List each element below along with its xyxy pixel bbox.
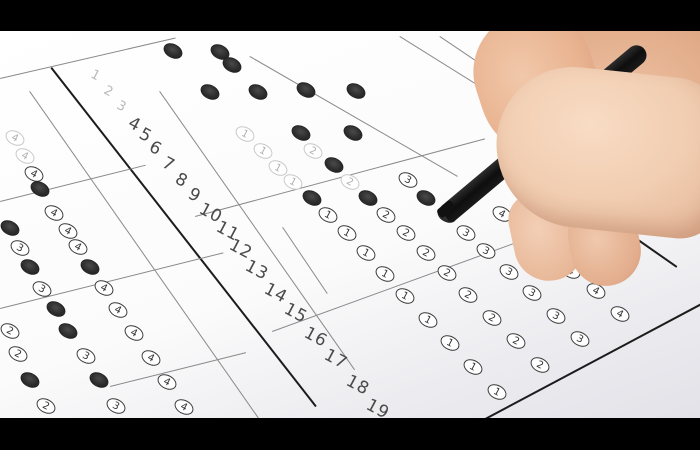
question-number: 16 [301,323,331,352]
answer-sheet: 1234567891011121314151617181911211231241… [0,31,700,418]
question-number: 7 [159,153,179,176]
answer-bubble: 3 [568,328,592,350]
answer-bubble: 3 [544,305,568,327]
filled-answer-bubble [56,320,80,342]
answer-bubble: 1 [373,263,397,285]
answer-bubble: 2 [374,204,398,226]
filled-answer-bubble [198,81,222,103]
question-number: 19 [363,395,393,418]
answer-bubble: 1 [354,242,378,264]
filled-answer-bubble [322,154,346,176]
answer-bubble: 1 [438,332,462,354]
answer-bubble: 2 [6,343,30,365]
answer-bubble: 2 [301,140,325,162]
answer-bubble: 1 [393,285,417,307]
answer-bubble: 4 [66,236,90,258]
answer-bubble: 4 [3,127,27,149]
answer-bubble: 4 [534,239,558,261]
answer-bubble: 3 [104,395,128,417]
filled-answer-bubble [87,369,111,391]
answer-bubble: 4 [172,396,196,418]
answer-bubble: 4 [512,220,536,242]
answer-bubble: 4 [13,145,37,167]
letterbox-top-bar [0,0,700,31]
sheet-rule-line [485,301,700,418]
filled-answer-bubble [78,256,102,278]
sheet-rule-line [0,38,176,79]
answer-bubble: 4 [106,299,130,321]
sheet-rule-line [399,36,518,111]
answer-bubble: 3 [8,237,32,259]
answer-bubble: 4 [559,260,583,282]
answer-bubble: 2 [394,222,418,244]
answer-bubble: 1 [316,204,340,226]
answer-bubble: 1 [485,381,509,403]
question-number: 17 [321,345,351,374]
sheet-rule-line [282,227,328,294]
answer-bubble: 3 [520,282,544,304]
filled-answer-bubble [435,204,459,226]
question-number: 8 [172,169,192,192]
filled-answer-bubble [0,217,22,239]
answer-bubble: 3 [497,261,521,283]
answer-sheet-photo: 1234567891011121314151617181911211231241… [0,31,700,418]
answer-bubble: 2 [338,171,362,193]
question-number: 18 [343,371,373,400]
answer-bubble: 1 [461,356,485,378]
answer-bubble: 3 [474,240,498,262]
answer-bubble: 4 [139,347,163,369]
question-number: 3 [114,98,129,116]
answer-bubble: 2 [480,307,504,329]
answer-bubble: 4 [490,203,514,225]
answer-bubble: 4 [122,322,146,344]
question-number: 1 [88,67,103,85]
answer-bubble: 2 [0,320,22,342]
answer-bubble: 3 [74,345,98,367]
sheet-rule-line [159,91,355,370]
answer-bubble: 3 [30,278,54,300]
answer-bubble: 2 [504,330,528,352]
answer-bubble: 1 [251,140,275,162]
filled-answer-bubble [344,80,368,102]
filled-answer-bubble [161,40,185,62]
sheet-rule-line [250,56,458,177]
filled-answer-bubble [294,79,318,101]
answer-bubble: 4 [42,202,66,224]
answer-bubble: 4 [584,280,608,302]
filled-answer-bubble [414,187,438,209]
answer-bubble: 1 [416,309,440,331]
filled-answer-bubble [356,187,380,209]
answer-bubble: 2 [435,262,459,284]
filled-answer-bubble [44,298,68,320]
filled-answer-bubble [18,256,42,278]
answer-bubble: 3 [396,169,420,191]
letterbox-bottom-bar [0,418,700,450]
filled-answer-bubble [28,178,52,200]
filled-answer-bubble [300,187,324,209]
answer-bubble: 1 [233,123,257,145]
answer-bubble: 2 [414,242,438,264]
sheet-rule-line [0,165,146,202]
answer-bubble: 1 [335,222,359,244]
answer-bubble: 2 [528,354,552,376]
answer-bubble: 4 [608,303,632,325]
question-number: 2 [101,83,116,101]
answer-bubble: 2 [34,395,58,417]
question-number: 15 [281,299,311,328]
sheet-rule-line [619,226,677,268]
filled-answer-bubble [289,122,313,144]
filled-answer-bubble [341,122,365,144]
filled-answer-bubble [246,81,270,103]
answer-bubble: 2 [456,284,480,306]
filled-answer-bubble [18,369,42,391]
answer-bubble: 3 [454,222,478,244]
